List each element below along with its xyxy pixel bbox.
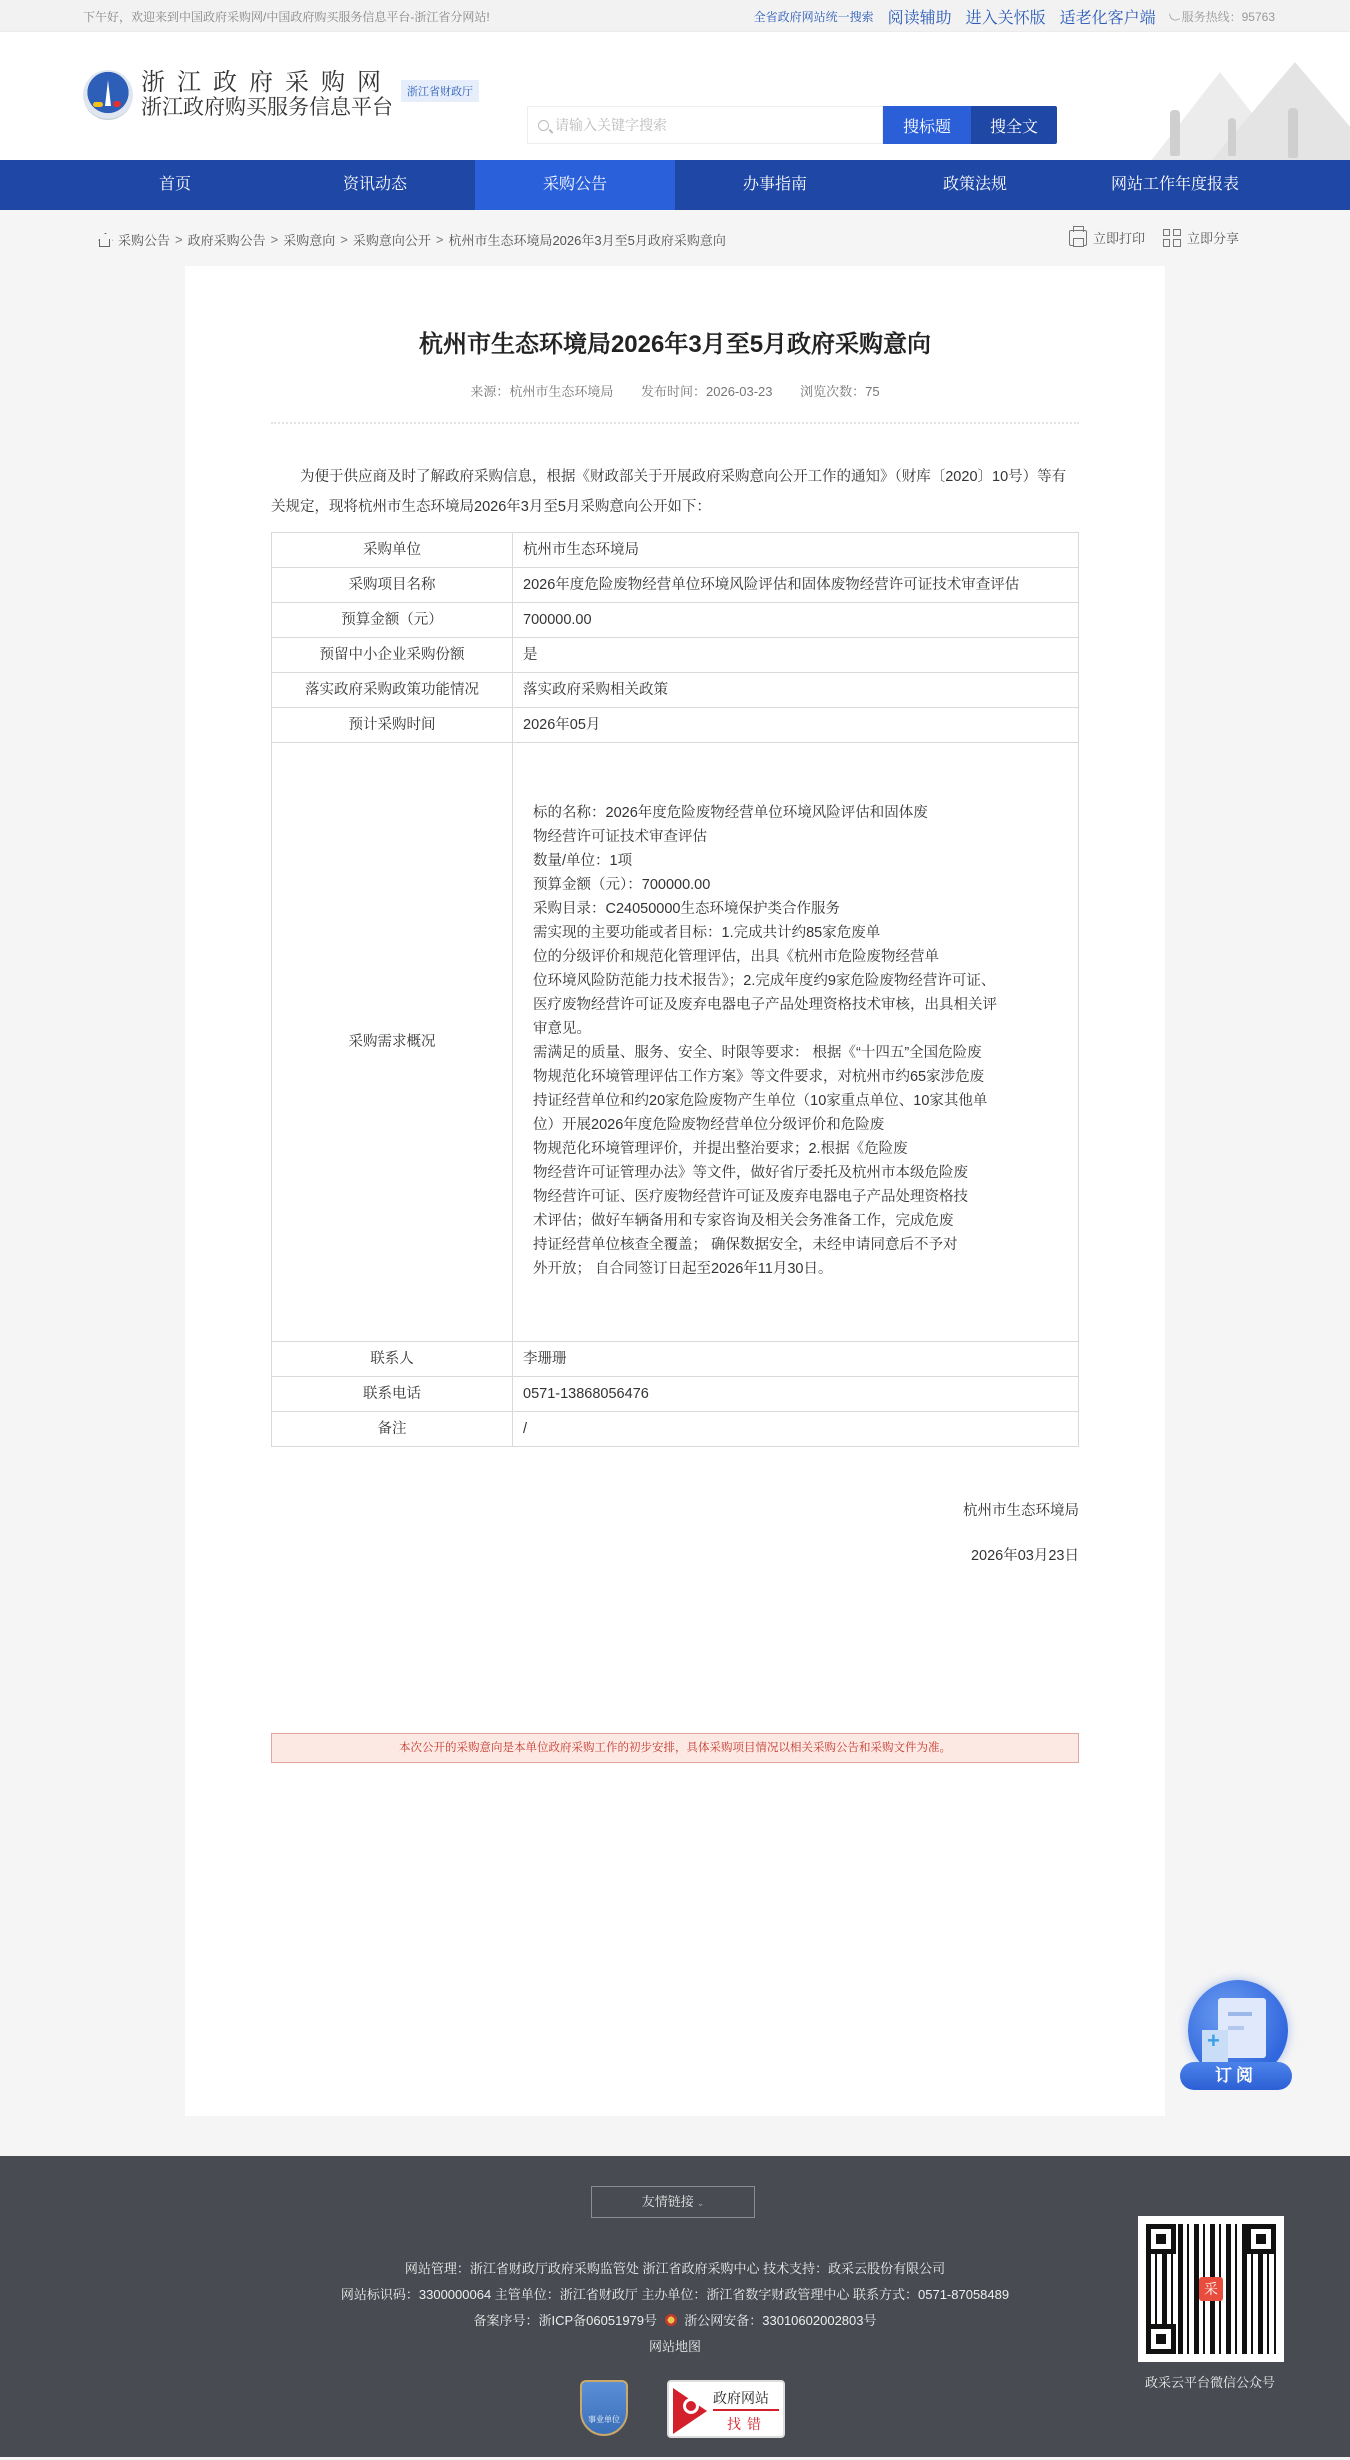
- article-view-count: 浏览次数：75: [800, 384, 879, 399]
- findbug-top-label: 政府网站: [713, 2388, 769, 2408]
- row-value: 2026年度危险废物经营单位环境风险评估和固体废物经营许可证技术审查评估: [513, 568, 1079, 603]
- summary-line: 物经营许可证、医疗废物经营许可证及废弃电器电子产品处理资格技: [533, 1185, 1068, 1209]
- table-row: 预留中小企业采购份额是: [272, 638, 1079, 673]
- nav-guide[interactable]: 办事指南: [675, 160, 875, 210]
- summary-line: 需实现的主要功能或者目标：1.完成共计约85家危废单: [533, 921, 1068, 945]
- summary-line: 采购目录：C24050000生态环境保护类合作服务: [533, 897, 1068, 921]
- row-value: 杭州市生态环境局: [513, 533, 1079, 568]
- qr-caption: 政采云平台微信公众号: [1130, 2372, 1290, 2391]
- table-row: 采购单位杭州市生态环境局: [272, 533, 1079, 568]
- sitemap-link[interactable]: 网站地图: [649, 2339, 701, 2354]
- table-row: 预算金额（元）700000.00: [272, 603, 1079, 638]
- table-row: 联系人李珊珊: [272, 1342, 1079, 1377]
- summary-line: 数量/单位：1项: [533, 849, 1068, 873]
- row-key: 采购需求概况: [272, 743, 513, 1342]
- summary-line: 术评估；做好车辆备用和专家咨询及相关会务准备工作，完成危废: [533, 1209, 1068, 1233]
- care-version-link[interactable]: 进入关怀版: [966, 5, 1046, 28]
- top-bar: 下午好，欢迎来到中国政府采购网/中国政府购买服务信息平台-浙江省分网站! 全省政…: [0, 0, 1350, 32]
- row-key: 联系电话: [272, 1377, 513, 1412]
- row-key: 采购项目名称: [272, 568, 513, 603]
- wechat-qr-code: 采: [1138, 2216, 1284, 2362]
- emblem-icon: [83, 70, 133, 120]
- summary-line: 物规范化环境管理评估工作方案》等文件要求，对杭州市约65家涉危废: [533, 1065, 1068, 1089]
- hotline: 服务热线：95763: [1170, 8, 1275, 25]
- department-tag: 浙江省财政厅: [401, 80, 479, 102]
- subscribe-label: 订阅: [1180, 2062, 1292, 2090]
- police-record-link[interactable]: 浙公网安备：33010602002803号: [684, 2313, 876, 2328]
- chevron-down-icon: ⌄: [697, 2198, 705, 2208]
- summary-line: 审意见。: [533, 1017, 1068, 1041]
- site-name: 浙江政府采购网: [141, 70, 393, 96]
- header: 浙江政府采购网 浙江政府购买服务信息平台 浙江省财政厅 搜标题 搜全文: [0, 32, 1350, 160]
- share-button[interactable]: 立即分享: [1163, 228, 1239, 247]
- breadcrumb-item[interactable]: 采购公告: [118, 230, 170, 249]
- requirement-summary: 标的名称：2026年度危险废物经营单位环境风险评估和固体废物经营许可证技术审查评…: [513, 743, 1079, 1342]
- province-search-link[interactable]: 全省政府网站统一搜索: [754, 8, 874, 25]
- gov-site-findbug-button[interactable]: 政府网站 找错: [667, 2380, 785, 2438]
- row-value: 是: [513, 638, 1079, 673]
- summary-line: 预算金额（元）：700000.00: [533, 873, 1068, 897]
- row-value: 700000.00: [513, 603, 1079, 638]
- row-value: /: [513, 1412, 1079, 1447]
- welcome-text: 下午好，欢迎来到中国政府采购网/中国政府购买服务信息平台-浙江省分网站!: [83, 8, 490, 25]
- unit-badge-label: 事业单位: [588, 2415, 620, 2424]
- breadcrumb-item[interactable]: 政府采购公告: [188, 230, 266, 249]
- signature-date: 2026年03月23日: [271, 1544, 1079, 1565]
- article-intro: 为便于供应商及时了解政府采购信息，根据《财政部关于开展政府采购意向公开工作的通知…: [271, 462, 1079, 522]
- row-key: 备注: [272, 1412, 513, 1447]
- reading-assist-link[interactable]: 阅读辅助: [888, 5, 952, 28]
- printer-icon: [1069, 230, 1087, 246]
- article-card: 杭州市生态环境局2026年3月至5月政府采购意向 来源：杭州市生态环境局 发布时…: [185, 266, 1165, 2116]
- print-button[interactable]: 立即打印: [1069, 228, 1145, 247]
- row-key: 预计采购时间: [272, 708, 513, 743]
- breadcrumb-current: 杭州市生态环境局2026年3月至5月政府采购意向: [448, 230, 725, 249]
- search-icon: [538, 120, 549, 131]
- magnifier-icon: [683, 2398, 699, 2414]
- nav-procurement-notices[interactable]: 采购公告: [475, 160, 675, 210]
- intention-table: 采购单位杭州市生态环境局采购项目名称2026年度危险废物经营单位环境风险评估和固…: [271, 532, 1079, 1447]
- site-logo[interactable]: 浙江政府采购网 浙江政府购买服务信息平台 浙江省财政厅: [83, 70, 479, 120]
- hotline-text: 服务热线：95763: [1182, 8, 1275, 25]
- summary-line: 标的名称：2026年度危险废物经营单位环境风险评估和固体废: [533, 801, 1068, 825]
- article-publish-time: 发布时间：2026-03-23: [641, 384, 773, 399]
- row-value: 李珊珊: [513, 1342, 1079, 1377]
- subscribe-button[interactable]: 订阅: [1180, 1980, 1292, 2092]
- nav-policy[interactable]: 政策法规: [875, 160, 1075, 210]
- summary-line: 位）开展2026年度危险废物经营单位分级评价和危险废: [533, 1113, 1068, 1137]
- public-institution-badge[interactable]: 事业单位: [580, 2380, 628, 2436]
- nav-home[interactable]: 首页: [75, 160, 275, 210]
- table-row: 落实政府采购政策功能情况落实政府采购相关政策: [272, 673, 1079, 708]
- summary-line: 外开放； 自合同签订日起至2026年11月30日。: [533, 1257, 1068, 1281]
- table-row: 联系电话0571-13868056476: [272, 1377, 1079, 1412]
- home-icon[interactable]: [97, 233, 112, 247]
- summary-line: 物经营许可证管理办法》等文件，做好省厅委托及杭州市本级危险废: [533, 1161, 1068, 1185]
- summary-line: 需满足的质量、服务、安全、时限等要求： 根据《“十四五”全国危险废: [533, 1041, 1068, 1065]
- icp-link[interactable]: 备案序号：浙ICP备06051979号: [474, 2313, 658, 2328]
- summary-line: 物经营许可证技术审查评估: [533, 825, 1068, 849]
- summary-line: 持证经营单位核查全覆盖； 确保数据安全，未经申请同意后不予对: [533, 1233, 1068, 1257]
- findbug-bottom-label: 找错: [727, 2414, 767, 2434]
- breadcrumb: 采购公告 > 政府采购公告 > 采购意向 > 采购意向公开 > 杭州市生态环境局…: [97, 230, 726, 249]
- row-key: 落实政府采购政策功能情况: [272, 673, 513, 708]
- summary-line: 物规范化环境管理评价，并提出整治要求；2.根据《危险废: [533, 1137, 1068, 1161]
- footer: 友情链接⌄ 网站管理：浙江省财政厅政府采购监管处 浙江省政府采购中心 技术支持：…: [0, 2156, 1350, 2457]
- signature: 杭州市生态环境局: [271, 1499, 1079, 1520]
- table-row: 预计采购时间2026年05月: [272, 708, 1079, 743]
- police-badge-icon: [665, 2314, 677, 2326]
- disclaimer-notice: 本次公开的采购意向是本单位政府采购工作的初步安排，具体采购项目情况以相关采购公告…: [271, 1733, 1079, 1763]
- row-key: 采购单位: [272, 533, 513, 568]
- breadcrumb-separator: >: [340, 232, 348, 247]
- table-row: 采购需求概况 标的名称：2026年度危险废物经营单位环境风险评估和固体废物经营许…: [272, 743, 1079, 1342]
- qr-code-icon: [1163, 229, 1181, 247]
- article-title: 杭州市生态环境局2026年3月至5月政府采购意向: [271, 266, 1079, 359]
- search-bar: 搜标题 搜全文: [527, 106, 1057, 144]
- nav-annual-report[interactable]: 网站工作年度报表: [1075, 160, 1275, 210]
- nav-news[interactable]: 资讯动态: [275, 160, 475, 210]
- scenery-illustration: [1150, 62, 1350, 160]
- row-key: 联系人: [272, 1342, 513, 1377]
- qr-logo-icon: 采: [1199, 2277, 1223, 2301]
- summary-line: 医疗废物经营许可证及废弃电器电子产品处理资格技术审核，出具相关评: [533, 993, 1068, 1017]
- row-key: 预留中小企业采购份额: [272, 638, 513, 673]
- article-source: 来源：杭州市生态环境局: [470, 384, 613, 399]
- breadcrumb-item[interactable]: 采购意向: [283, 230, 335, 249]
- search-title-button[interactable]: 搜标题: [883, 106, 971, 144]
- breadcrumb-separator: >: [271, 232, 279, 247]
- breadcrumb-bar: 采购公告 > 政府采购公告 > 采购意向 > 采购意向公开 > 杭州市生态环境局…: [75, 210, 1275, 266]
- search-fulltext-button[interactable]: 搜全文: [971, 106, 1057, 144]
- summary-line: 位环境风险防范能力技术报告》；2.完成年度约9家危险废物经营许可证、: [533, 969, 1068, 993]
- row-value: 0571-13868056476: [513, 1377, 1079, 1412]
- breadcrumb-separator: >: [175, 232, 183, 247]
- row-value: 2026年05月: [513, 708, 1079, 743]
- table-row: 采购项目名称2026年度危险废物经营单位环境风险评估和固体废物经营许可证技术审查…: [272, 568, 1079, 603]
- friend-links-dropdown[interactable]: 友情链接⌄: [591, 2186, 755, 2218]
- print-label: 立即打印: [1093, 228, 1145, 247]
- table-row: 备注/: [272, 1412, 1079, 1447]
- title-divider: [271, 422, 1079, 424]
- site-subname: 浙江政府购买服务信息平台: [141, 96, 393, 120]
- main-nav: 首页 资讯动态 采购公告 办事指南 政策法规 网站工作年度报表: [0, 160, 1350, 210]
- row-key: 预算金额（元）: [272, 603, 513, 638]
- summary-line: 位的分级评价和规范化管理评估，出具《杭州市危险废物经营单: [533, 945, 1068, 969]
- row-value: 落实政府采购相关政策: [513, 673, 1079, 708]
- phone-icon: [1168, 11, 1180, 23]
- share-label: 立即分享: [1187, 228, 1239, 247]
- breadcrumb-separator: >: [436, 232, 444, 247]
- article-meta: 来源：杭州市生态环境局 发布时间：2026-03-23 浏览次数：75: [271, 381, 1079, 400]
- summary-line: 持证经营单位和约20家危险废物产生单位（10家重点单位、10家其他单: [533, 1089, 1068, 1113]
- elderly-client-link[interactable]: 适老化客户端: [1060, 5, 1156, 28]
- breadcrumb-item[interactable]: 采购意向公开: [353, 230, 431, 249]
- friend-links-label: 友情链接: [642, 2194, 694, 2209]
- search-input[interactable]: [555, 117, 855, 133]
